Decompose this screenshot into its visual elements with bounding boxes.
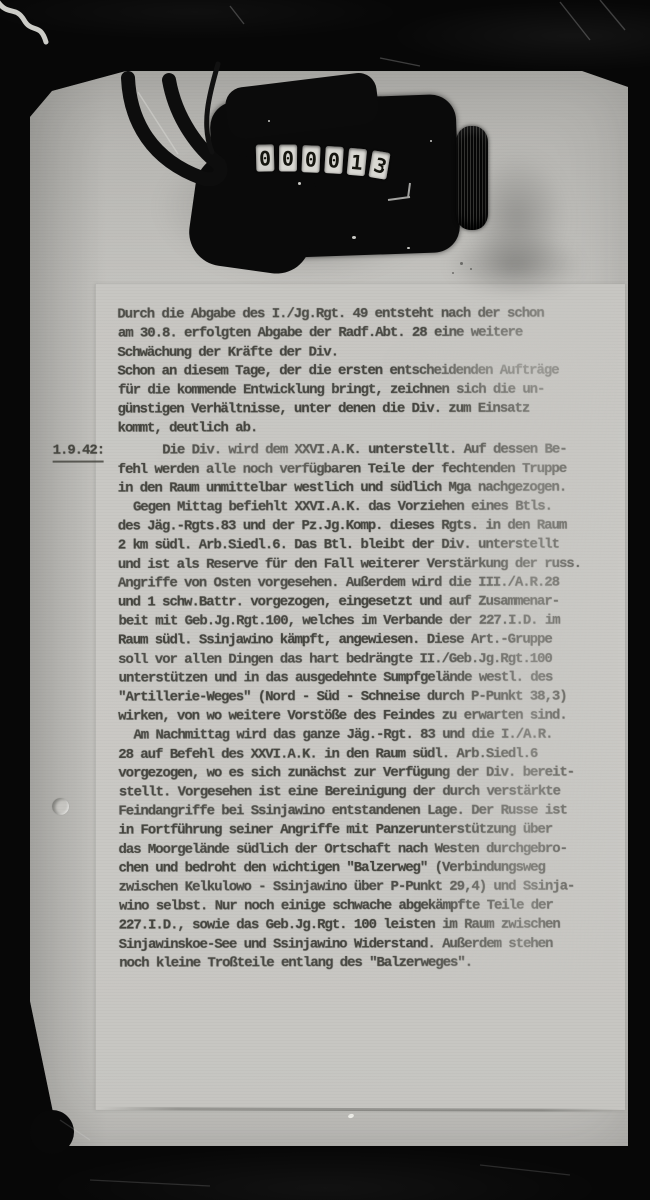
typed-line: soll vor allen Dingen das hart bedrängte…	[118, 650, 596, 670]
counter-digit: 0	[301, 145, 320, 173]
typed-line: günstigen Verhältnisse, unter denen die …	[117, 399, 595, 419]
dirt-speck	[452, 272, 454, 274]
typed-line: 2 km südl. Arb.Siedl.6. Das Btl. bleibt …	[118, 535, 596, 555]
paragraph: Durch die Abgabe des I./Jg.Rgt. 49 entst…	[117, 305, 595, 439]
counter-digit: 3	[368, 150, 390, 180]
dirt-speck	[470, 268, 472, 270]
dirt-speck	[460, 262, 463, 265]
counter-digit-glyph: 1	[350, 149, 364, 174]
typed-line: Durch die Abgabe des I./Jg.Rgt. 49 entst…	[117, 305, 595, 325]
counter-shadow	[440, 230, 590, 300]
date-label: 1.9.42:	[53, 442, 105, 463]
typed-line: noch kleine Troßteile entlang des "Balze…	[119, 953, 597, 973]
scratch-mark	[230, 0, 625, 66]
typed-line: das Moorgelände südlich der Ortschaft na…	[118, 840, 596, 860]
counter-digit-glyph: 0	[327, 148, 340, 173]
typed-line: und 1 schw.Battr. vorgezogen, eingesetzt…	[118, 592, 596, 612]
typed-line: in Fortführung seiner Angriffe mit Panze…	[118, 820, 596, 840]
typed-line: in den Raum unmittelbar westlich und süd…	[118, 478, 596, 498]
film-artifact	[0, 2, 46, 42]
microfilm-frame: Durch die Abgabe des I./Jg.Rgt. 49 entst…	[0, 0, 650, 1200]
counter-digit-glyph: 0	[282, 146, 294, 170]
typed-line: beit mit Geb.Jg.Rgt.100, welches im Verb…	[118, 611, 596, 631]
typed-line: "Artillerie-Weges" (Nord - Süd - Schneis…	[118, 687, 596, 707]
paragraph: 1.9.42: Die Div. wird dem XXVI.A.K. unte…	[118, 440, 597, 973]
typed-line: chen und bedroht den wichtigen "Balzerwe…	[118, 858, 596, 878]
dust-fleck	[407, 247, 410, 249]
typed-line: Schwächung der Kräfte der Div.	[117, 343, 595, 363]
typed-line: Die Div. wird dem XXVI.A.K. unterstellt.…	[118, 440, 596, 460]
typed-line: wino selbst. Nur noch einige schwache ab…	[119, 896, 597, 916]
dust-fleck	[383, 167, 385, 169]
typed-line: stellt. Vorgesehen ist eine Bereinigung …	[119, 782, 597, 802]
counter-digit: 0	[256, 144, 275, 171]
counter-digit-window: 000013	[255, 143, 389, 176]
typed-line: des Jäg.-Rgts.83 und der Pz.Jg.Komp. die…	[118, 516, 596, 536]
typed-line: Schon an diesem Tage, der die ersten ent…	[117, 362, 595, 382]
typed-line: am 30.8. erfolgten Abgabe der Radf.Abt. …	[118, 323, 596, 343]
typed-line: wirken, von wo weitere Vorstöße des Fein…	[118, 706, 596, 726]
dust-fleck	[430, 140, 432, 142]
counter-digit-glyph: 0	[259, 146, 272, 170]
dust-fleck	[298, 182, 301, 185]
typed-line: Am Nachmittag wird das ganze Jäg.-Rgt. 8…	[119, 725, 597, 745]
typed-line: Angriffe von Osten vorgesehen. Außerdem …	[118, 573, 596, 593]
typed-line: unterstützen und in das ausgedehnte Sump…	[119, 668, 597, 688]
dust-fleck	[268, 120, 270, 122]
typed-line: für die kommende Entwicklung bringt, zei…	[118, 380, 596, 400]
typed-line: Feindangriffe bei Ssinjawino entstandene…	[118, 801, 596, 821]
typed-line: vorgezogen, wo es sich zunächst zur Verf…	[118, 763, 596, 783]
counter-digit: 0	[279, 144, 297, 171]
typed-line: und ist als Reserve für den Fall weitere…	[118, 555, 596, 575]
typed-line: zwischen Kelkulowo - Ssinjawino über P-P…	[119, 877, 597, 897]
counter-digit-glyph: 3	[371, 152, 390, 179]
counter-reset-knob	[456, 126, 488, 230]
typed-line: 227.I.D., sowie das Geb.Jg.Rgt. 100 leis…	[119, 915, 597, 935]
typed-line: 28 auf Befehl des XXVI.A.K. in den Raum …	[118, 745, 596, 765]
typed-text-block: Durch die Abgabe des I./Jg.Rgt. 49 entst…	[117, 305, 596, 974]
counter-digit: 1	[347, 148, 368, 177]
typed-line: Raum südl. Ssinjawino kämpft, angewiesen…	[118, 630, 596, 650]
dust-fleck	[352, 236, 356, 239]
typed-line: Gegen Mittag befiehlt XXVI.A.K. das Vorz…	[118, 497, 596, 517]
typed-line: Sinjawinskoe-See und Ssinjawino Widersta…	[119, 935, 597, 955]
film-notch	[30, 1110, 74, 1154]
counter-digit-glyph: 0	[304, 147, 317, 172]
typed-line: kommt, deutlich ab.	[118, 418, 596, 438]
typed-line: fehl werden alle noch verfügbaren Teile …	[118, 460, 596, 480]
counter-digit: 0	[324, 146, 344, 174]
